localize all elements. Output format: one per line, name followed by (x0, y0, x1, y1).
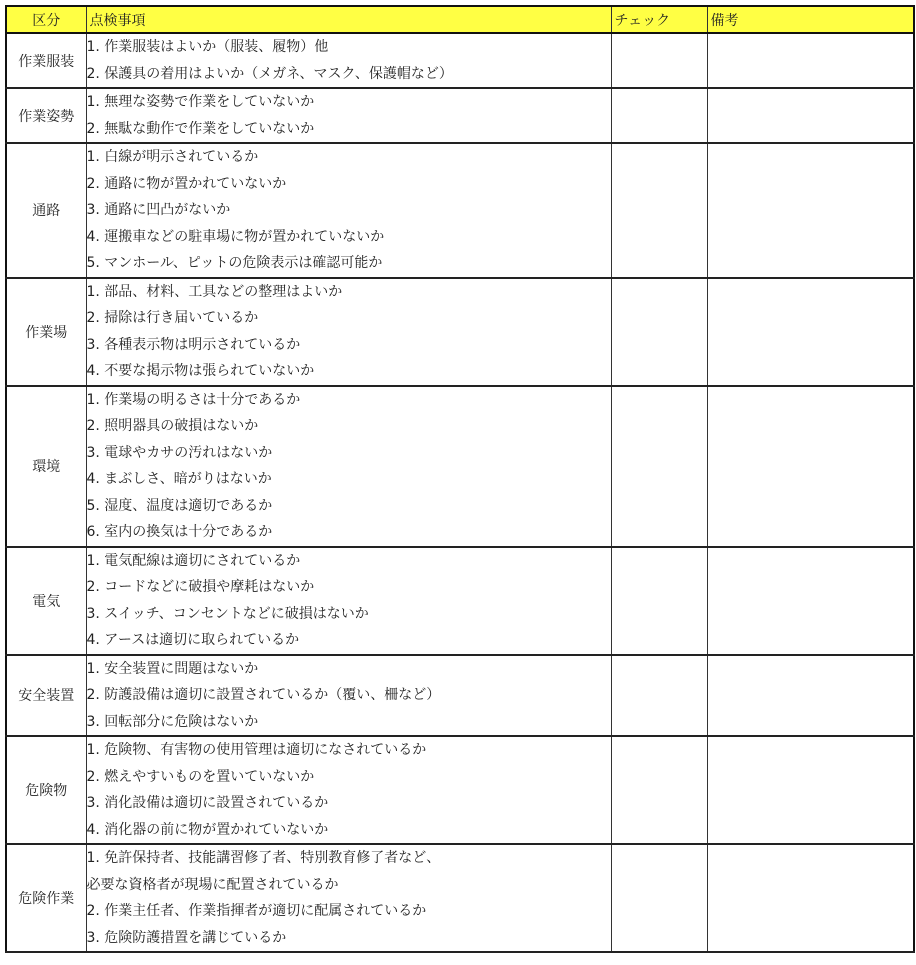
inspection-item: 4. アースは適切に取られているか (87, 627, 611, 654)
inspection-items-cell: 1. 電気配線は適切にされているか2. コードなどに破損や摩耗はないか3. スイ… (86, 547, 611, 655)
category-cell: 環境 (6, 386, 86, 547)
check-cell[interactable] (611, 386, 707, 547)
remarks-cell[interactable] (707, 844, 914, 952)
inspection-item: 3. 電球やカサの汚れはないか (87, 440, 611, 467)
check-cell[interactable] (611, 736, 707, 844)
check-cell[interactable] (611, 88, 707, 143)
category-cell: 通路 (6, 143, 86, 278)
inspection-item: 1. 作業場の明るさは十分であるか (87, 387, 611, 414)
inspection-items-cell: 1. 無理な姿勢で作業をしていないか2. 無駄な動作で作業をしていないか (86, 88, 611, 143)
inspection-item: 3. 消化設備は適切に設置されているか (87, 790, 611, 817)
inspection-item: 1. 安全装置に問題はないか (87, 656, 611, 683)
remarks-cell[interactable] (707, 33, 914, 88)
category-cell: 危険作業 (6, 844, 86, 952)
header-remarks: 備考 (707, 6, 914, 33)
check-cell[interactable] (611, 655, 707, 737)
checklist-group-row: 危険作業1. 免許保持者、技能講習修了者、特別教育修了者など、必要な資格者が現場… (6, 844, 914, 952)
remarks-cell[interactable] (707, 386, 914, 547)
inspection-item: 3. スイッチ、コンセントなどに破損はないか (87, 601, 611, 628)
remarks-cell[interactable] (707, 547, 914, 655)
checklist-group-row: 危険物1. 危険物、有害物の使用管理は適切になされているか2. 燃えやすいものを… (6, 736, 914, 844)
checklist-group-row: 安全装置1. 安全装置に問題はないか2. 防護設備は適切に設置されているか（覆い… (6, 655, 914, 737)
category-cell: 電気 (6, 547, 86, 655)
inspection-item: 2. 照明器具の破損はないか (87, 413, 611, 440)
header-inspection-items: 点検事項 (86, 6, 611, 33)
checklist-group-row: 通路1. 白線が明示されているか2. 通路に物が置かれていないか3. 通路に凹凸… (6, 143, 914, 278)
inspection-items-cell: 1. 免許保持者、技能講習修了者、特別教育修了者など、必要な資格者が現場に配置さ… (86, 844, 611, 952)
inspection-items-cell: 1. 安全装置に問題はないか2. 防護設備は適切に設置されているか（覆い、柵など… (86, 655, 611, 737)
inspection-item: 4. 消化器の前に物が置かれていないか (87, 817, 611, 844)
remarks-cell[interactable] (707, 655, 914, 737)
inspection-item: 2. 燃えやすいものを置いていないか (87, 764, 611, 791)
inspection-item: 5. 湿度、温度は適切であるか (87, 493, 611, 520)
remarks-cell[interactable] (707, 143, 914, 278)
inspection-items-cell: 1. 作業場の明るさは十分であるか2. 照明器具の破損はないか3. 電球やカサの… (86, 386, 611, 547)
category-cell: 作業姿勢 (6, 88, 86, 143)
check-cell[interactable] (611, 278, 707, 386)
category-cell: 安全装置 (6, 655, 86, 737)
inspection-item: 1. 危険物、有害物の使用管理は適切になされているか (87, 737, 611, 764)
inspection-item: 4. 不要な掲示物は張られていないか (87, 358, 611, 385)
checklist-body: 作業服装1. 作業服装はよいか（服装、履物）他2. 保護具の着用はよいか（メガネ… (6, 33, 914, 952)
inspection-item: 6. 室内の換気は十分であるか (87, 519, 611, 546)
inspection-item: 2. 作業主任者、作業指揮者が適切に配属されているか (87, 898, 611, 925)
checklist-group-row: 作業服装1. 作業服装はよいか（服装、履物）他2. 保護具の着用はよいか（メガネ… (6, 33, 914, 88)
category-cell: 危険物 (6, 736, 86, 844)
inspection-item: 3. 危険防護措置を講じているか (87, 925, 611, 952)
inspection-item: 3. 各種表示物は明示されているか (87, 332, 611, 359)
inspection-item: 2. コードなどに破損や摩耗はないか (87, 574, 611, 601)
header-check: チェック (611, 6, 707, 33)
check-cell[interactable] (611, 844, 707, 952)
inspection-item: 3. 通路に凹凸がないか (87, 197, 611, 224)
inspection-item: 1. 電気配線は適切にされているか (87, 548, 611, 575)
inspection-item: 2. 掃除は行き届いているか (87, 305, 611, 332)
inspection-items-cell: 1. 白線が明示されているか2. 通路に物が置かれていないか3. 通路に凹凸がな… (86, 143, 611, 278)
inspection-item: 2. 通路に物が置かれていないか (87, 171, 611, 198)
inspection-item: 1. 免許保持者、技能講習修了者、特別教育修了者など、 (87, 845, 611, 872)
inspection-item: 4. まぶしさ、暗がりはないか (87, 466, 611, 493)
remarks-cell[interactable] (707, 278, 914, 386)
inspection-item: 2. 防護設備は適切に設置されているか（覆い、柵など） (87, 682, 611, 709)
header-category: 区分 (6, 6, 86, 33)
check-cell[interactable] (611, 33, 707, 88)
inspection-item: 2. 無駄な動作で作業をしていないか (87, 116, 611, 143)
remarks-cell[interactable] (707, 88, 914, 143)
inspection-items-cell: 1. 危険物、有害物の使用管理は適切になされているか2. 燃えやすいものを置いて… (86, 736, 611, 844)
checklist-group-row: 電気1. 電気配線は適切にされているか2. コードなどに破損や摩耗はないか3. … (6, 547, 914, 655)
category-cell: 作業場 (6, 278, 86, 386)
check-cell[interactable] (611, 143, 707, 278)
inspection-item: 3. 回転部分に危険はないか (87, 709, 611, 736)
header-row: 区分 点検事項 チェック 備考 (6, 6, 914, 33)
inspection-item: 2. 保護具の着用はよいか（メガネ、マスク、保護帽など） (87, 61, 611, 88)
inspection-item: 1. 白線が明示されているか (87, 144, 611, 171)
inspection-item: 1. 作業服装はよいか（服装、履物）他 (87, 34, 611, 61)
inspection-item: 4. 運搬車などの駐車場に物が置かれていないか (87, 224, 611, 251)
category-cell: 作業服装 (6, 33, 86, 88)
inspection-checklist-table: 区分 点検事項 チェック 備考 作業服装1. 作業服装はよいか（服装、履物）他2… (5, 5, 915, 953)
remarks-cell[interactable] (707, 736, 914, 844)
inspection-item: 必要な資格者が現場に配置されているか (87, 872, 611, 899)
inspection-item: 1. 部品、材料、工具などの整理はよいか (87, 279, 611, 306)
check-cell[interactable] (611, 547, 707, 655)
checklist-group-row: 環境1. 作業場の明るさは十分であるか2. 照明器具の破損はないか3. 電球やカ… (6, 386, 914, 547)
inspection-item: 5. マンホール、ピットの危険表示は確認可能か (87, 250, 611, 277)
inspection-items-cell: 1. 作業服装はよいか（服装、履物）他2. 保護具の着用はよいか（メガネ、マスク… (86, 33, 611, 88)
inspection-items-cell: 1. 部品、材料、工具などの整理はよいか2. 掃除は行き届いているか3. 各種表… (86, 278, 611, 386)
checklist-group-row: 作業場1. 部品、材料、工具などの整理はよいか2. 掃除は行き届いているか3. … (6, 278, 914, 386)
checklist-group-row: 作業姿勢1. 無理な姿勢で作業をしていないか2. 無駄な動作で作業をしていないか (6, 88, 914, 143)
inspection-item: 1. 無理な姿勢で作業をしていないか (87, 89, 611, 116)
